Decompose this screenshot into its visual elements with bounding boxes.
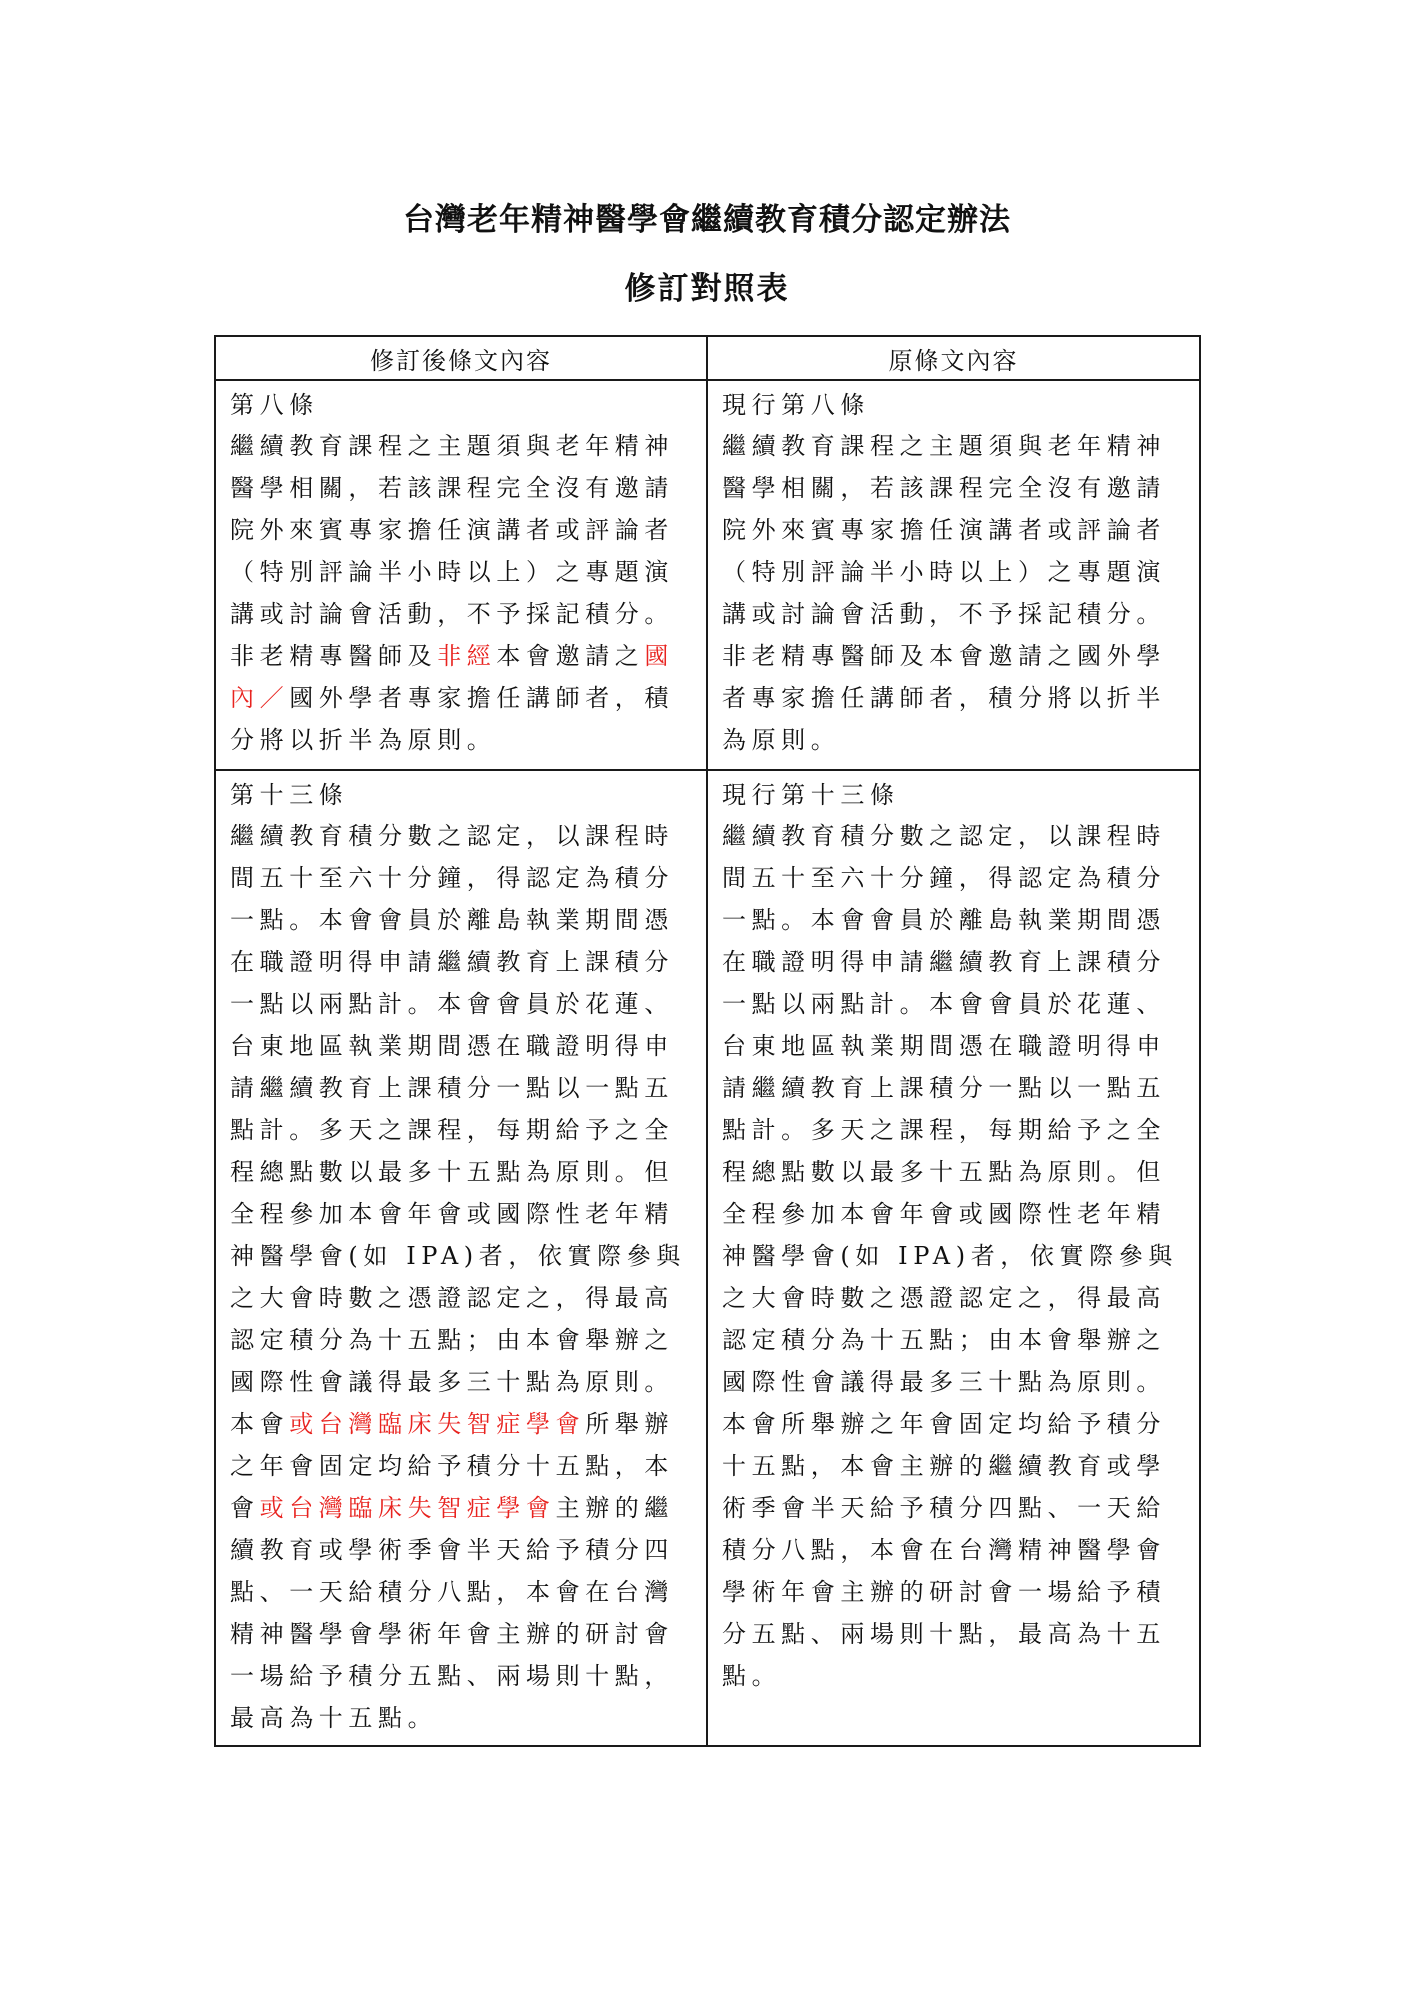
header-original: 原條文內容 [707,336,1200,380]
revised-article-13: 第十三條 繼續教育積分數之認定，以課程時間五十至六十分鐘，得認定為積分一點。本會… [215,770,707,1746]
article-heading: 第八條 [230,385,692,425]
table-row-article-13: 第十三條 繼續教育積分數之認定，以課程時間五十至六十分鐘，得認定為積分一點。本會… [215,770,1200,1746]
highlighted-change: 非經 [437,642,496,670]
article-body: 繼續教育課程之主題須與老年精神醫學相關，若該課程完全沒有邀請院外來賓專家擔任演講… [722,425,1185,761]
article-heading: 現行第八條 [722,385,1185,425]
document-title: 台灣老年精神醫學會繼續教育積分認定辦法 [0,198,1414,242]
text-segment: 繼續教育積分數之認定，以課程時間五十至六十分鐘，得認定為積分一點。本會會員於離島… [230,822,686,1438]
highlighted-change: 或台灣臨床失智症學會 [260,1494,556,1522]
highlighted-change: 或台灣臨床失智症學會 [289,1410,585,1438]
text-segment: 繼續教育課程之主題須與老年精神醫學相關，若該課程完全沒有邀請院外來賓專家擔任演講… [230,432,674,670]
revised-article-8: 第八條 繼續教育課程之主題須與老年精神醫學相關，若該課程完全沒有邀請院外來賓專家… [215,380,707,770]
table-header-row: 修訂後條文內容 原條文內容 [215,336,1200,380]
text-segment: 本會邀請之 [496,642,644,670]
text-segment: 國外學者專家擔任講師者，積分將以折半為原則。 [230,684,674,754]
article-body: 繼續教育課程之主題須與老年精神醫學相關，若該課程完全沒有邀請院外來賓專家擔任演講… [230,425,692,761]
original-article-13: 現行第十三條 繼續教育積分數之認定，以課程時間五十至六十分鐘，得認定為積分一點。… [707,770,1200,1746]
document-subtitle: 修訂對照表 [0,267,1414,311]
text-segment: 主辦的繼續教育或學術季會半天給予積分四點、一天給積分八點，本會在台灣精神醫學會學… [230,1494,674,1732]
article-body: 繼續教育積分數之認定，以課程時間五十至六十分鐘，得認定為積分一點。本會會員於離島… [230,815,692,1739]
table-row-article-8: 第八條 繼續教育課程之主題須與老年精神醫學相關，若該課程完全沒有邀請院外來賓專家… [215,380,1200,770]
article-body: 繼續教育積分數之認定，以課程時間五十至六十分鐘，得認定為積分一點。本會會員於離島… [722,815,1185,1697]
original-article-8: 現行第八條 繼續教育課程之主題須與老年精神醫學相關，若該課程完全沒有邀請院外來賓… [707,380,1200,770]
article-heading: 現行第十三條 [722,775,1185,815]
comparison-table: 修訂後條文內容 原條文內容 第八條 繼續教育課程之主題須與老年精神醫學相關，若該… [214,335,1201,1747]
article-heading: 第十三條 [230,775,692,815]
header-revised: 修訂後條文內容 [215,336,707,380]
